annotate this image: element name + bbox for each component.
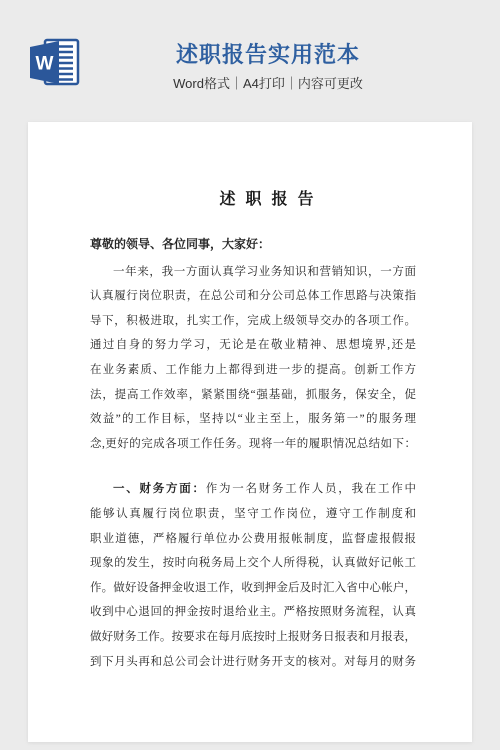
header-text: 述职报告实用范本 Word格式｜A4打印｜内容可更改 [36,42,500,93]
doc-line: 一、财务方面：作为一名财务工作人员，我在工作中 [90,477,416,502]
greeting-line: 尊敬的领导、各位同事，大家好： [90,232,416,257]
doc-line: 念,更好的完成各项工作任务。现将一年的履职情况总结如下： [90,432,416,457]
doc-line: 能够认真履行岗位职责，坚守工作岗位，遵守工作制度和 [90,502,416,527]
doc-line: 导下，积极进取，扎实工作，完成上级领导交办的各项工作。 [90,309,416,334]
doc-line: 效益”的工作目标，坚持以“业主至上，服务第一”的服务理 [90,407,416,432]
header: W 述职报告实用范本 Word格式｜A4打印｜内容可更改 [0,0,500,122]
template-preview: W 述职报告实用范本 Word格式｜A4打印｜内容可更改 述 职 报 告 尊敬的… [0,0,500,750]
doc-line: 在业务素质、工作能力上都得到进一步的提高。创新工作方 [90,358,416,383]
doc-line: 做好财务工作。按要求在每月底按时上报财务日报表和月报表， [90,625,416,650]
document-page: 述 职 报 告 尊敬的领导、各位同事，大家好： 一年来，我一方面认真学习业务知识… [28,122,472,742]
section-heading: 一、财务方面： [113,483,206,495]
doc-line-text: 作为一名财务工作人员，我在工作中 [206,483,416,495]
doc-line: 通过自身的努力学习，无论是在敬业精神、思想境界,还是 [90,333,416,358]
doc-line: 认真履行岗位职责，在总公司和分公司总体工作思路与决策指 [90,284,416,309]
doc-line: 法，提高工作效率，紧紧围绕“强基础，抓服务，保安全，促 [90,383,416,408]
doc-line: 到下月头再和总公司会计进行财务开支的核对。对每月的财务 [90,650,416,675]
product-subtitle: Word格式｜A4打印｜内容可更改 [36,75,500,93]
doc-line: 一年来，我一方面认真学习业务知识和营销知识，一方面 [90,260,416,285]
product-title: 述职报告实用范本 [36,42,500,68]
doc-line: 作。做好设备押金收退工作，收到押金后及时汇入省中心帐户， [90,576,416,601]
doc-line: 收到中心退回的押金按时退给业主。严格按照财务流程，认真 [90,600,416,625]
document-title: 述 职 报 告 [90,188,416,212]
doc-line: 职业道德，严格履行单位办公费用报帐制度，监督虚报假报 [90,527,416,552]
paragraph-1: 一年来，我一方面认真学习业务知识和营销知识，一方面 认真履行岗位职责，在总公司和… [90,260,416,457]
doc-line: 现象的发生，按时向税务局上交个人所得税，认真做好记帐工 [90,551,416,576]
paragraph-2: 一、财务方面：作为一名财务工作人员，我在工作中 能够认真履行岗位职责，坚守工作岗… [90,477,416,674]
